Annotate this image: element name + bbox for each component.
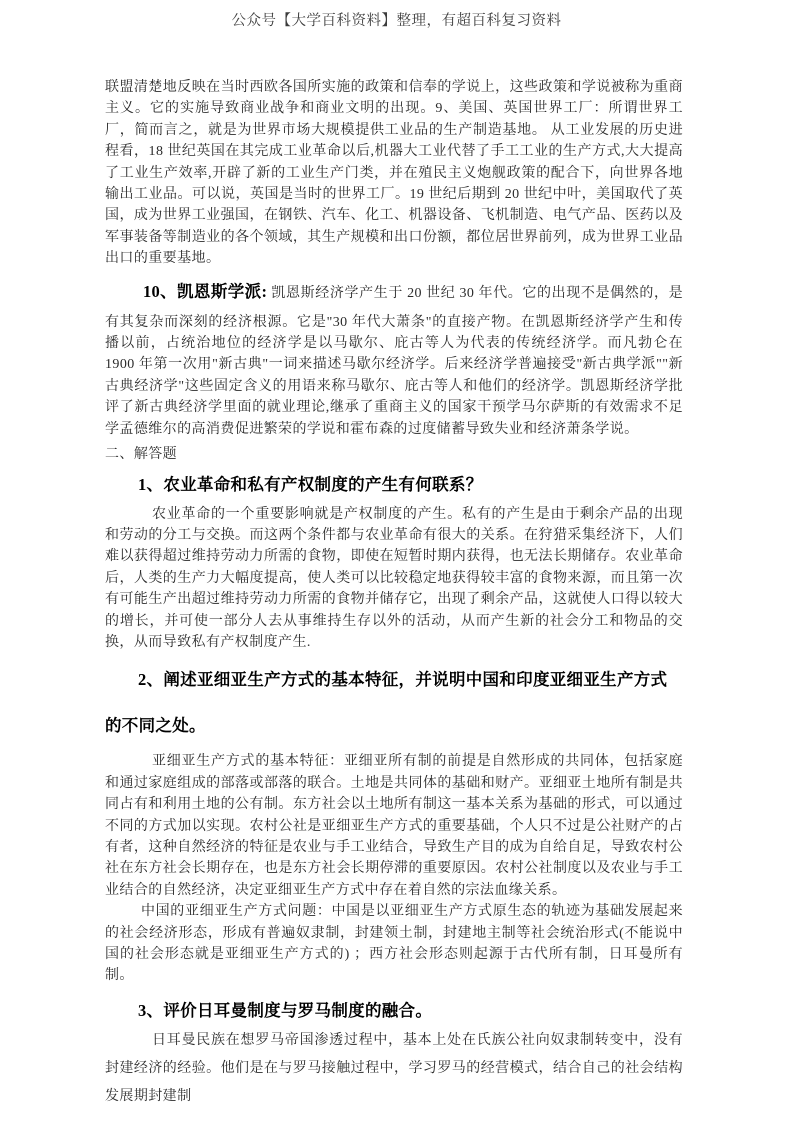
document-page: 公众号【大学百科资料】整理，有超百科复习资料 联盟清楚地反映在当时西欧各国所实施…	[0, 0, 793, 1122]
page-header-notice: 公众号【大学百科资料】整理，有超百科复习资料	[0, 9, 793, 30]
term-10-label: 10、凯恩斯学派:	[105, 282, 267, 301]
question-1-answer: 农业革命的一个重要影响就是产权制度的产生。私有的产生是由于剩余产品的出现和劳动的…	[105, 504, 683, 654]
term-10-body: 凯恩斯经济学产生于 20 世纪 30 年代。它的出现不是偶然的，是有其复杂而深刻…	[105, 286, 683, 437]
question-2-title: 2、阐述亚细亚生产方式的基本特征，并说明中国和印度亚细亚生产方式的不同之处。	[105, 657, 683, 749]
question-2-answer-part2: 中国的亚细亚生产方式问题：中国是以亚细亚生产方式原生态的轨迹为基础发展起来的社会…	[105, 901, 683, 987]
paragraph-keynesian-school: 10、凯恩斯学派: 凯恩斯经济学产生于 20 世纪 30 年代。它的出现不是偶然…	[105, 272, 683, 440]
paragraph-world-factory: 联盟清楚地反映在当时西欧各国所实施的政策和信奉的学说上，这些政策和学说被称为重商…	[105, 77, 683, 270]
document-content: 联盟清楚地反映在当时西欧各国所实施的政策和信奉的学说上，这些政策和学说被称为重商…	[105, 77, 683, 1111]
question-2-answer-part1: 亚细亚生产方式的基本特征：亚细亚所有制的前提是自然形成的共同体，包括家庭和通过家…	[105, 751, 683, 901]
question-1-title: 1、农业革命和私有产权制度的产生有何联系？	[105, 473, 683, 497]
question-3-answer: 日耳曼民族在想罗马帝国渗透过程中，基本上处在氏族公社向奴隶制转变中，没有封建经济…	[105, 1027, 683, 1111]
question-3-title: 3、评价日耳曼制度与罗马制度的融合。	[105, 999, 683, 1023]
section-heading-answers: 二、解答题	[105, 444, 683, 465]
